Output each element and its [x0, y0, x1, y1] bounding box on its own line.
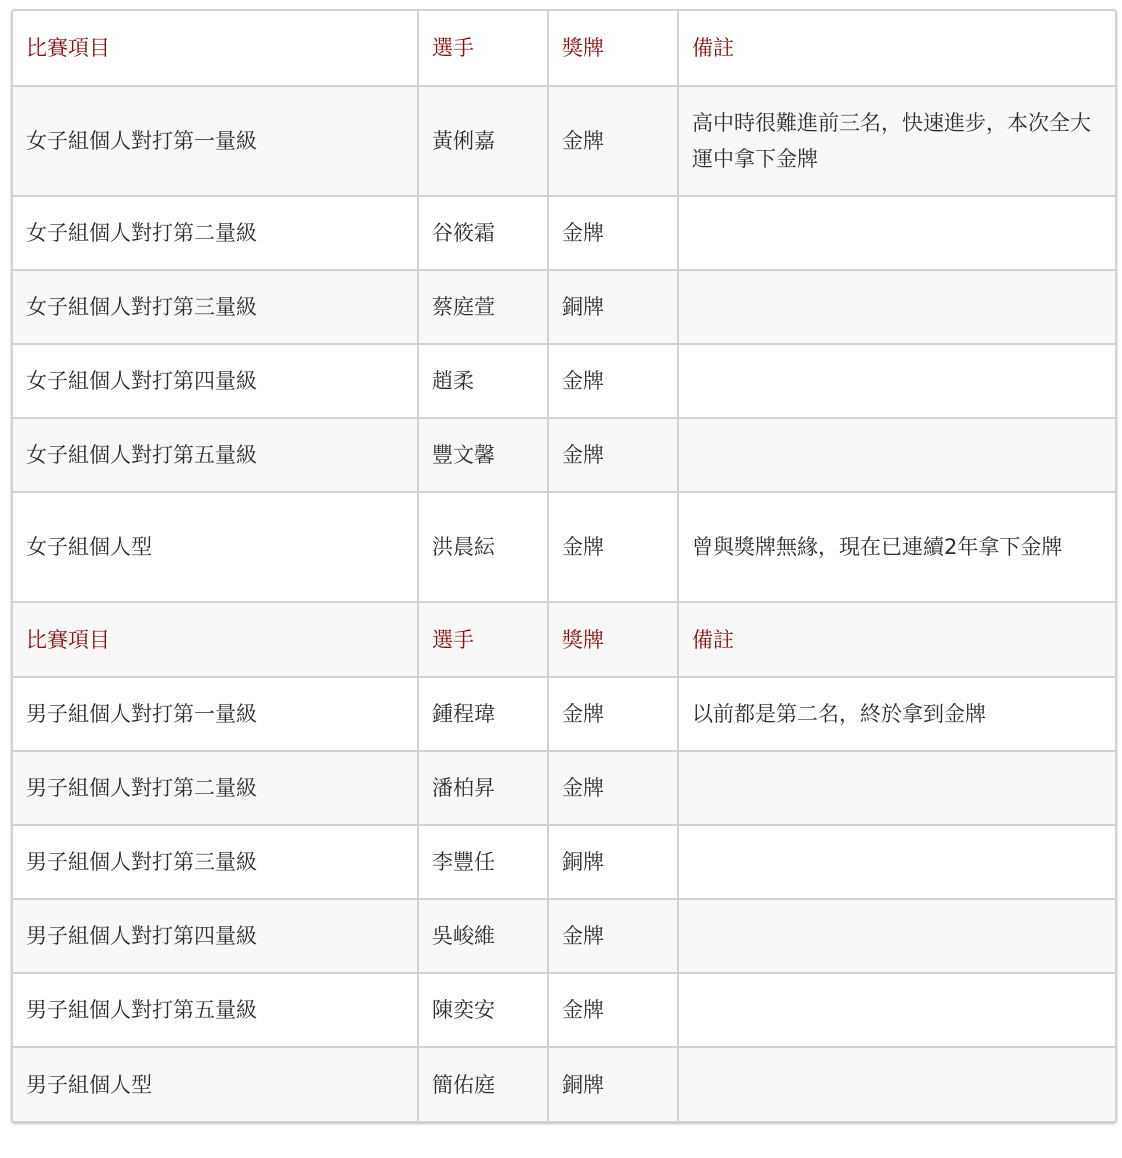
athlete-cell: 洪晨紜 — [418, 492, 548, 602]
medal-cell: 金牌 — [548, 899, 678, 973]
table-row: 男子組個人對打第三量級 李豐任 銅牌 — [13, 825, 1115, 899]
medal-cell: 金牌 — [548, 86, 678, 196]
event-cell: 男子組個人對打第二量級 — [13, 751, 418, 825]
note-cell: 曾與獎牌無緣，現在已連續2年拿下金牌 — [678, 492, 1115, 602]
note-cell — [678, 751, 1115, 825]
table-row: 男子組個人型 簡佑庭 銅牌 — [13, 1047, 1115, 1121]
medal-cell: 銅牌 — [548, 1047, 678, 1121]
results-table-container: 比賽項目 選手 獎牌 備註 女子組個人對打第一量級 黃俐嘉 金牌 高中時很難進前… — [11, 9, 1117, 1123]
header-row-men: 比賽項目 選手 獎牌 備註 — [13, 602, 1115, 677]
event-cell: 男子組個人對打第五量級 — [13, 973, 418, 1047]
note-cell: 以前都是第二名，終於拿到金牌 — [678, 677, 1115, 751]
medal-cell: 金牌 — [548, 418, 678, 492]
medal-cell: 銅牌 — [548, 270, 678, 344]
athlete-cell: 李豐任 — [418, 825, 548, 899]
athlete-cell: 陳奕安 — [418, 973, 548, 1047]
note-cell — [678, 344, 1115, 418]
table-row: 女子組個人對打第一量級 黃俐嘉 金牌 高中時很難進前三名，快速進步，本次全大運中… — [13, 86, 1115, 196]
note-cell — [678, 270, 1115, 344]
athlete-cell: 鍾程瑋 — [418, 677, 548, 751]
note-cell — [678, 825, 1115, 899]
medal-cell: 金牌 — [548, 677, 678, 751]
event-cell: 女子組個人對打第四量級 — [13, 344, 418, 418]
note-cell: 高中時很難進前三名，快速進步，本次全大運中拿下金牌 — [678, 86, 1115, 196]
event-cell: 男子組個人對打第一量級 — [13, 677, 418, 751]
event-cell: 女子組個人對打第三量級 — [13, 270, 418, 344]
table-row: 男子組個人對打第一量級 鍾程瑋 金牌 以前都是第二名，終於拿到金牌 — [13, 677, 1115, 751]
athlete-cell: 蔡庭萱 — [418, 270, 548, 344]
table-row: 女子組個人對打第四量級 趙柔 金牌 — [13, 344, 1115, 418]
event-cell: 男子組個人對打第四量級 — [13, 899, 418, 973]
note-cell — [678, 196, 1115, 270]
table-row: 女子組個人型 洪晨紜 金牌 曾與獎牌無緣，現在已連續2年拿下金牌 — [13, 492, 1115, 602]
table-row: 男子組個人對打第二量級 潘柏昇 金牌 — [13, 751, 1115, 825]
athlete-cell: 趙柔 — [418, 344, 548, 418]
header-athlete: 選手 — [418, 11, 548, 86]
table-row: 女子組個人對打第五量級 豐文馨 金牌 — [13, 418, 1115, 492]
event-cell: 男子組個人型 — [13, 1047, 418, 1121]
event-cell: 男子組個人對打第三量級 — [13, 825, 418, 899]
medal-cell: 金牌 — [548, 973, 678, 1047]
header-athlete: 選手 — [418, 602, 548, 677]
header-note: 備註 — [678, 11, 1115, 86]
medal-cell: 金牌 — [548, 492, 678, 602]
athlete-cell: 簡佑庭 — [418, 1047, 548, 1121]
athlete-cell: 谷筱霜 — [418, 196, 548, 270]
medal-results-table: 比賽項目 選手 獎牌 備註 女子組個人對打第一量級 黃俐嘉 金牌 高中時很難進前… — [13, 11, 1115, 1121]
medal-cell: 銅牌 — [548, 825, 678, 899]
table-row: 女子組個人對打第三量級 蔡庭萱 銅牌 — [13, 270, 1115, 344]
athlete-cell: 吳峻維 — [418, 899, 548, 973]
event-cell: 女子組個人對打第一量級 — [13, 86, 418, 196]
event-cell: 女子組個人型 — [13, 492, 418, 602]
table-row: 男子組個人對打第五量級 陳奕安 金牌 — [13, 973, 1115, 1047]
medal-cell: 金牌 — [548, 196, 678, 270]
header-event: 比賽項目 — [13, 602, 418, 677]
header-medal: 獎牌 — [548, 11, 678, 86]
medal-cell: 金牌 — [548, 751, 678, 825]
note-cell — [678, 973, 1115, 1047]
header-note: 備註 — [678, 602, 1115, 677]
note-cell — [678, 1047, 1115, 1121]
athlete-cell: 豐文馨 — [418, 418, 548, 492]
header-event: 比賽項目 — [13, 11, 418, 86]
event-cell: 女子組個人對打第二量級 — [13, 196, 418, 270]
event-cell: 女子組個人對打第五量級 — [13, 418, 418, 492]
header-row-women: 比賽項目 選手 獎牌 備註 — [13, 11, 1115, 86]
note-cell — [678, 899, 1115, 973]
table-row: 女子組個人對打第二量級 谷筱霜 金牌 — [13, 196, 1115, 270]
header-medal: 獎牌 — [548, 602, 678, 677]
note-cell — [678, 418, 1115, 492]
medal-cell: 金牌 — [548, 344, 678, 418]
athlete-cell: 黃俐嘉 — [418, 86, 548, 196]
table-row: 男子組個人對打第四量級 吳峻維 金牌 — [13, 899, 1115, 973]
athlete-cell: 潘柏昇 — [418, 751, 548, 825]
